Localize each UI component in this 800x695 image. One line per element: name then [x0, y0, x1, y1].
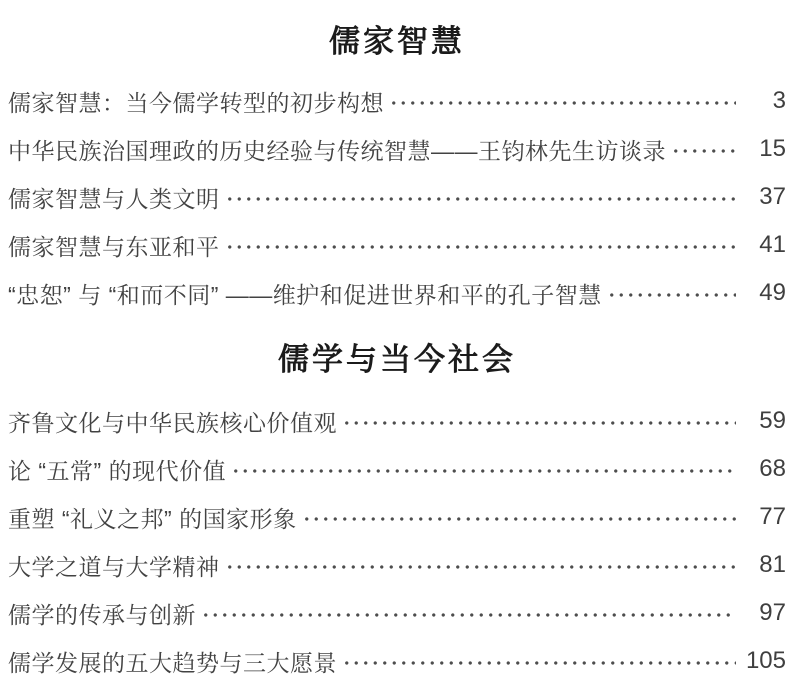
dot-leader: [389, 77, 736, 125]
toc-entry: 大学之道与大学精神 81: [8, 541, 786, 589]
toc-entry: 中华民族治国理政的历史经验与传统智慧——王钧林先生访谈录 15: [8, 125, 786, 173]
toc-entry-title: 儒家智慧与东亚和平: [8, 229, 220, 262]
dot-leader: [225, 541, 737, 589]
page-number: 68: [744, 455, 786, 483]
page-number: 97: [744, 599, 786, 627]
toc-entry-title: 儒学发展的五大趋势与三大愿景: [8, 645, 337, 678]
toc-entry-title: 儒家智慧：当今儒学转型的初步构想: [8, 85, 384, 118]
toc-entry: 论 “五常” 的现代价值 68: [8, 445, 786, 493]
page-number: 15: [744, 135, 786, 163]
page-number: 77: [744, 503, 786, 531]
page-number: 105: [744, 647, 786, 675]
toc-entry-title: 重塑 “礼义之邦” 的国家形象: [8, 501, 297, 534]
page-number: 49: [744, 279, 786, 307]
toc-entry: 儒学的传承与创新 97: [8, 589, 786, 637]
toc-entry-title: 大学之道与大学精神: [8, 549, 220, 582]
toc-entry-title: 儒家智慧与人类文明: [8, 181, 220, 214]
dot-leader: [342, 397, 736, 445]
page-number: 41: [744, 231, 786, 259]
dot-leader: [607, 269, 736, 317]
toc-entry-title: 论 “五常” 的现代价值: [8, 453, 226, 486]
toc-entry: 重塑 “礼义之邦” 的国家形象 77: [8, 493, 786, 541]
dot-leader: [302, 493, 736, 541]
toc-entry: 儒学发展的五大趋势与三大愿景 105: [8, 637, 786, 685]
page-number: 59: [744, 407, 786, 435]
toc-entry: 儒家智慧：当今儒学转型的初步构想 3: [8, 77, 786, 125]
dot-leader: [342, 637, 736, 685]
toc-entry-title: 齐鲁文化与中华民族核心价值观: [8, 405, 337, 438]
toc-list-section-1: 儒家智慧：当今儒学转型的初步构想 3 中华民族治国理政的历史经验与传统智慧——王…: [8, 77, 786, 317]
page-number: 81: [744, 551, 786, 579]
section-heading-confucian-wisdom: 儒家智慧: [8, 22, 786, 62]
dot-leader: [225, 221, 737, 269]
dot-leader: [671, 125, 736, 173]
toc-entry-title: 儒学的传承与创新: [8, 597, 196, 630]
page-number: 3: [744, 87, 786, 115]
toc-entry: 儒家智慧与人类文明 37: [8, 173, 786, 221]
toc-entry-title: 中华民族治国理政的历史经验与传统智慧——王钧林先生访谈录: [8, 133, 666, 166]
dot-leader: [231, 445, 736, 493]
toc-entry-title: “忠恕” 与 “和而不同” ——维护和促进世界和平的孔子智慧: [8, 277, 602, 310]
toc-entry: “忠恕” 与 “和而不同” ——维护和促进世界和平的孔子智慧 49: [8, 269, 786, 317]
dot-leader: [225, 173, 737, 221]
dot-leader: [201, 589, 736, 637]
section-heading-confucianism-and-society: 儒学与当今社会: [8, 340, 786, 380]
toc-entry: 齐鲁文化与中华民族核心价值观 59: [8, 397, 786, 445]
toc-list-section-2: 齐鲁文化与中华民族核心价值观 59 论 “五常” 的现代价值 68 重塑 “礼义…: [8, 397, 786, 685]
page-number: 37: [744, 183, 786, 211]
toc-page: 儒家智慧 儒家智慧：当今儒学转型的初步构想 3 中华民族治国理政的历史经验与传统…: [0, 0, 800, 695]
toc-entry: 儒家智慧与东亚和平 41: [8, 221, 786, 269]
